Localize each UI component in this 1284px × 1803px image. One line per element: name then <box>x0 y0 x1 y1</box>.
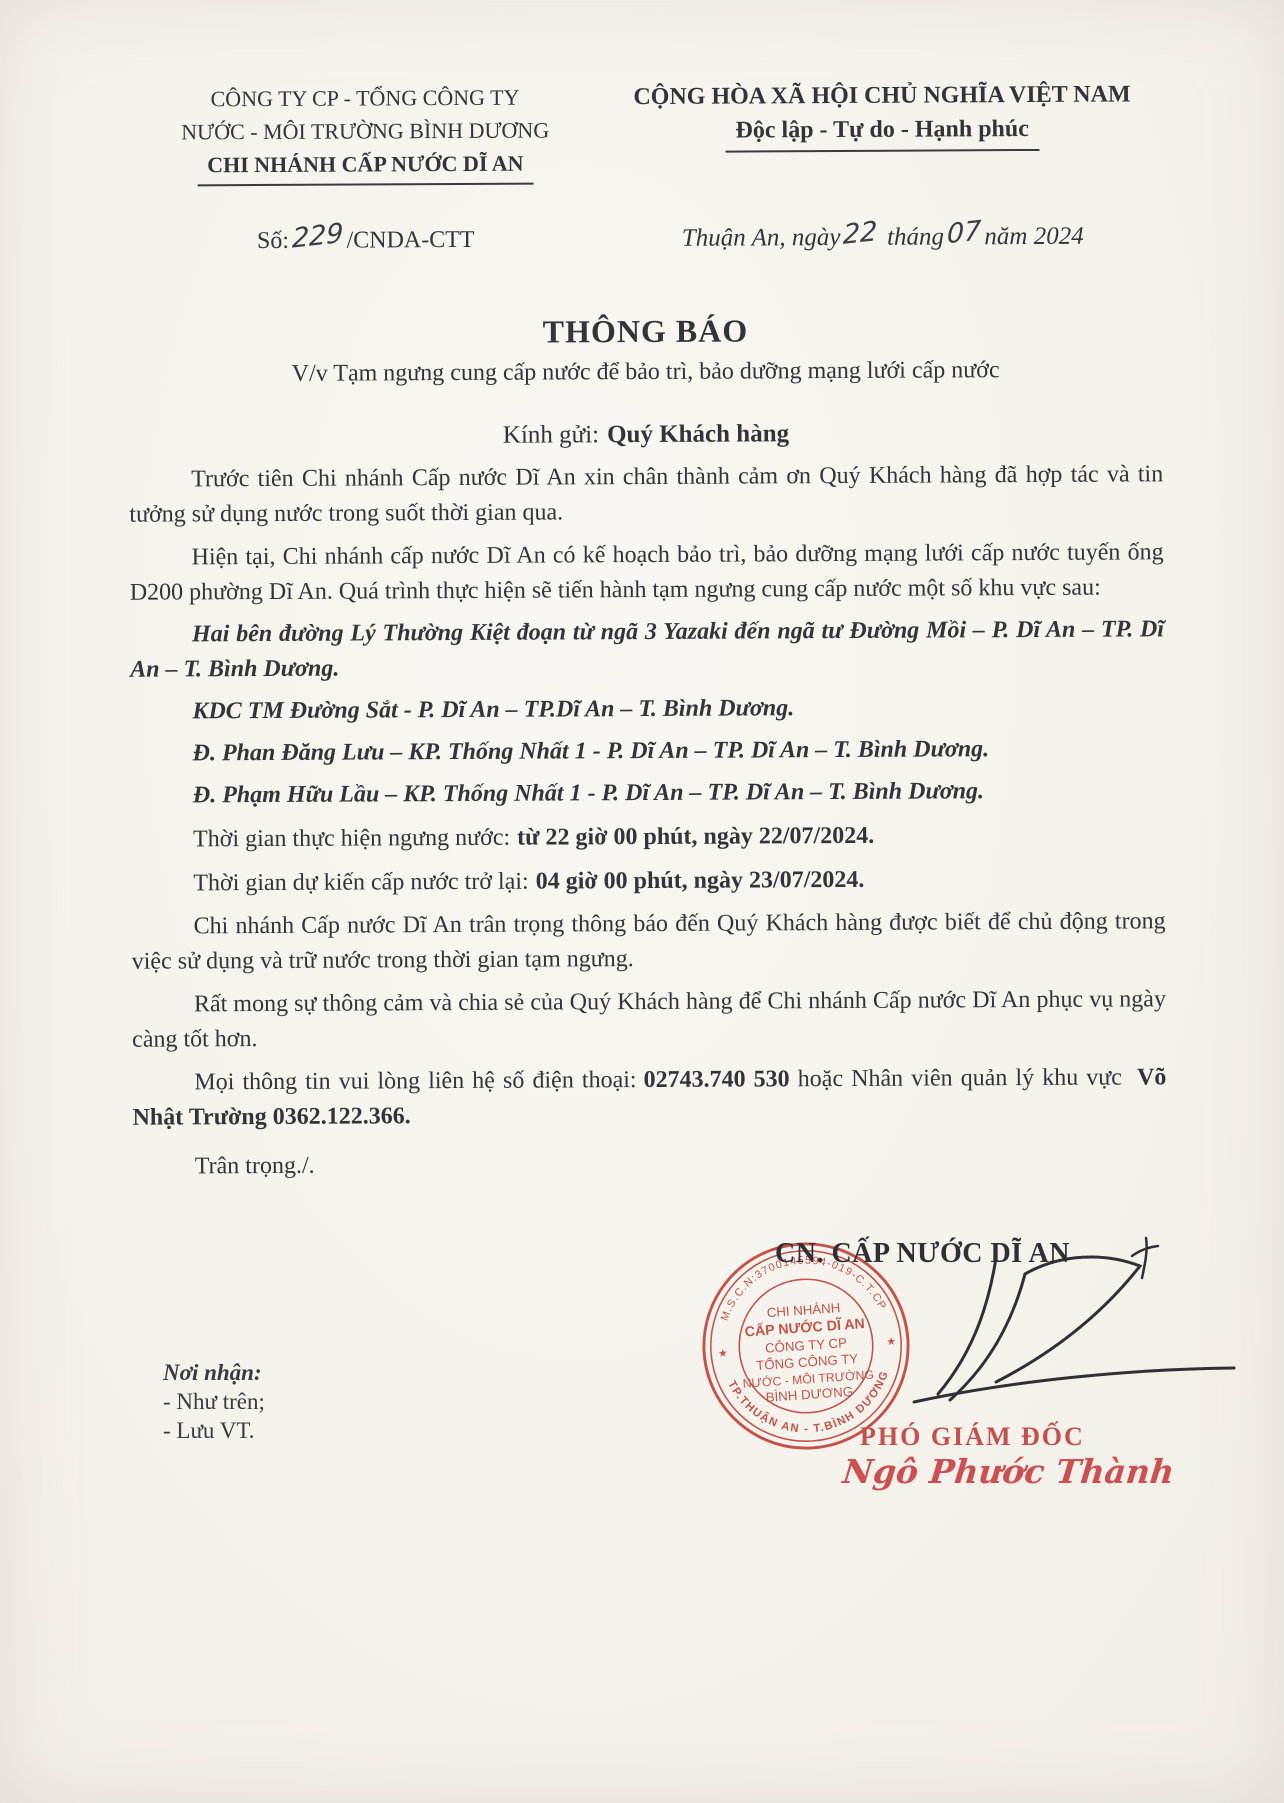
branch-name: CHI NHÁNH CẤP NƯỚC DĨ AN <box>127 146 603 186</box>
closing-line: Trân trọng./. <box>133 1144 1167 1184</box>
contact-phone: 02743.740 530 <box>643 1066 789 1093</box>
national-motto-block: CỘNG HÒA XÃ HỘI CHỦ NGHĨA VIỆT NAM Độc l… <box>603 77 1162 184</box>
letter-content: CÔNG TY CP - TỔNG CÔNG TY NƯỚC - MÔI TRƯ… <box>127 77 1167 1184</box>
document-subject: V/v Tạm ngưng cung cấp nước để bảo trì, … <box>129 352 1163 391</box>
document-title: THÔNG BÁO <box>128 308 1162 353</box>
stamp-line2: CẤP NƯỚC DĨ AN <box>744 1314 865 1340</box>
affected-area-item: KDC TM Đường Sắt - P. Dĩ An – TP.Dĩ An –… <box>130 689 1164 729</box>
contact-prefix: Mọi thông tin vui lòng liên hệ số điện t… <box>194 1067 636 1095</box>
paragraph-notice: Chi nhánh Cấp nước Dĩ An trân trọng thôn… <box>131 904 1165 979</box>
doc-number-handwritten: 229 <box>292 220 344 253</box>
resume-time-value: 04 giờ 00 phút, ngày 23/07/2024. <box>536 867 865 895</box>
national-motto-line1: CỘNG HÒA XÃ HỘI CHỦ NGHĨA VIỆT NAM <box>603 77 1162 114</box>
document-number: Số:229/CNDA-CTT <box>128 224 604 255</box>
date-day-handwritten: 22 <box>843 218 878 249</box>
date-month-handwritten: 07 <box>947 217 982 248</box>
salutation-line: Kính gửi:Quý Khách hàng <box>129 414 1163 454</box>
contact-paragraph: Mọi thông tin vui lòng liên hệ số điện t… <box>132 1060 1166 1135</box>
recipients-block: Nơi nhận: - Như trên; - Lưu VT. <box>163 1358 265 1445</box>
stop-time-label: Thời gian thực hiện ngưng nước: <box>193 825 510 853</box>
resume-time-line: Thời gian dự kiến cấp nước trở lại:04 gi… <box>131 861 1165 901</box>
affected-area-item: Hai bên đường Lý Thường Kiệt đoạn từ ngã… <box>130 612 1164 687</box>
recipients-label: Nơi nhận: <box>163 1358 265 1387</box>
affected-area-item: Đ. Phạm Hữu Lầu – KP. Thống Nhất 1 - P. … <box>131 773 1165 813</box>
recipient-item: - Như trên; <box>163 1387 265 1416</box>
company-name-line1: CÔNG TY CP - TỔNG CÔNG TY <box>127 80 603 115</box>
affected-area-item: Đ. Phan Đăng Lưu – KP. Thống Nhất 1 - P.… <box>131 731 1165 771</box>
date-month-label: tháng <box>887 223 944 250</box>
handwritten-signature <box>878 1250 1244 1422</box>
company-name-line2: NƯỚC - MÔI TRƯỜNG BÌNH DƯƠNG <box>127 113 603 148</box>
paragraph-thanks: Trước tiên Chi nhánh Cấp nước Dĩ An xin … <box>129 457 1163 532</box>
date-line: Thuận An, ngày22 tháng07năm 2024 <box>603 221 1162 253</box>
reference-row: Số:229/CNDA-CTT Thuận An, ngày22 tháng07… <box>128 221 1162 255</box>
date-year: năm 2024 <box>984 223 1083 251</box>
pen-mark <box>1128 1234 1162 1280</box>
doc-number-label: Số: <box>257 228 289 254</box>
date-prefix: Thuận An, ngày <box>682 224 841 252</box>
signer-position-title: PHÓ GIÁM ĐỐC <box>860 1422 1085 1452</box>
stop-time-line: Thời gian thực hiện ngưng nước:từ 22 giờ… <box>131 817 1165 857</box>
resume-time-label: Thời gian dự kiến cấp nước trở lại: <box>193 869 528 897</box>
salutation-recipient: Quý Khách hàng <box>607 420 789 448</box>
letter-header: CÔNG TY CP - TỔNG CÔNG TY NƯỚC - MÔI TRƯ… <box>127 77 1162 186</box>
scanned-letter-page: CÔNG TY CP - TỔNG CÔNG TY NƯỚC - MÔI TRƯ… <box>0 0 1284 1803</box>
stop-time-value: từ 22 giờ 00 phút, ngày 22/07/2024. <box>517 823 874 851</box>
issuing-org-block: CÔNG TY CP - TỔNG CÔNG TY NƯỚC - MÔI TRƯ… <box>127 80 603 186</box>
recipient-item: - Lưu VT. <box>163 1416 265 1445</box>
stamp-star-left-icon: ★ <box>718 1347 729 1360</box>
paragraph-apology: Rất mong sự thông cảm và chia sẻ của Quý… <box>132 982 1166 1057</box>
doc-number-suffix: /CNDA-CTT <box>346 227 474 254</box>
national-motto-line2: Độc lập - Tự do - Hạnh phúc <box>603 111 1162 153</box>
salutation-label: Kính gửi: <box>503 421 599 449</box>
paragraph-plan: Hiện tại, Chi nhánh cấp nước Dĩ An có kế… <box>130 535 1164 610</box>
signer-name: Ngô Phước Thành <box>841 1452 1176 1491</box>
stamp-line1: CHI NHÁNH <box>766 1300 840 1320</box>
contact-middle: hoặc Nhân viên quản lý khu vực <box>798 1065 1122 1093</box>
